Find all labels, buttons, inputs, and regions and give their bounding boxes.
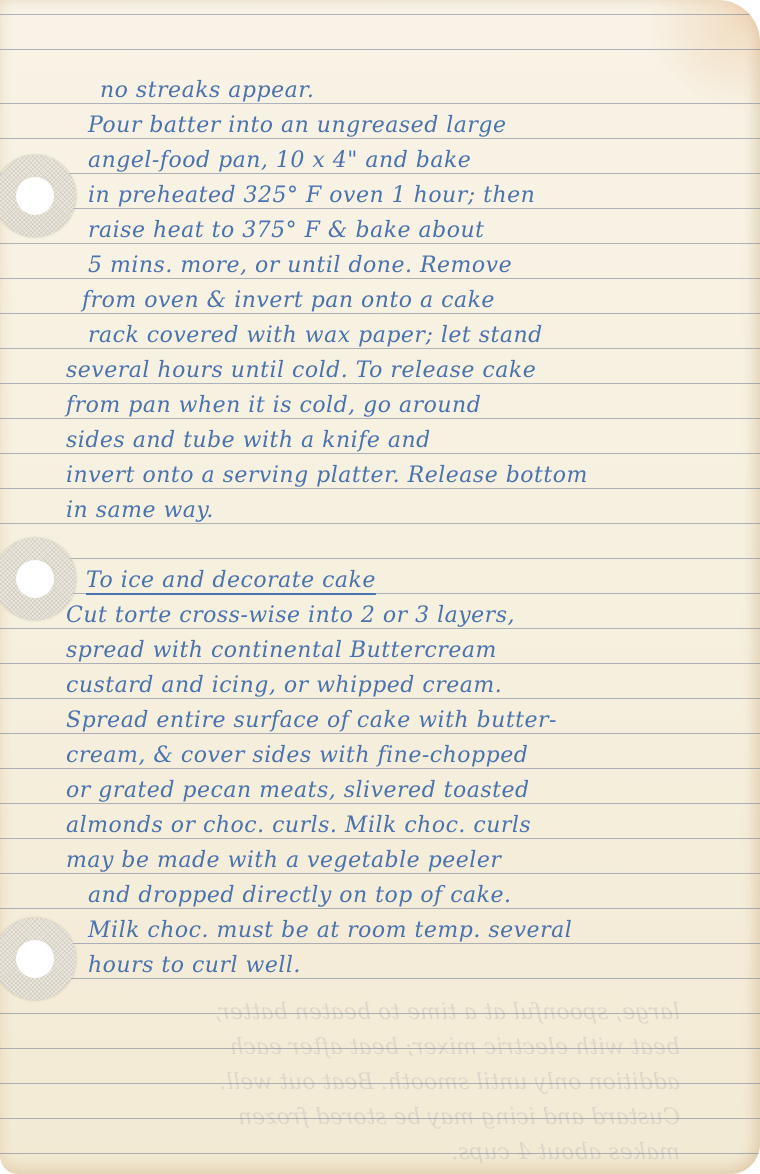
recipe-line: Cut torte cross-wise into 2 or 3 layers, [66,603,515,628]
recipe-line: invert onto a serving platter. Release b… [66,463,588,488]
recipe-line: in same way. [66,498,214,523]
recipe-line: in preheated 325° F oven 1 hour; then [88,183,535,208]
recipe-line: may be made with a vegetable peeler [66,848,501,873]
recipe-line: no streaks appear. [100,78,314,103]
ghost-line: Custard and icing may be stored frozen [238,1105,680,1130]
recipe-line: Spread entire surface of cake with butte… [66,708,557,733]
recipe-line: 5 mins. more, or until done. Remove [88,253,512,278]
section-heading: To ice and decorate cake [86,568,376,593]
recipe-line: cream, & cover sides with fine-chopped [66,743,528,768]
recipe-line: several hours until cold. To release cak… [66,358,536,383]
recipe-line: rack covered with wax paper; let stand [88,323,543,348]
recipe-line: custard and icing, or whipped cream. [66,673,502,698]
recipe-line: hours to curl well. [88,953,301,978]
ghost-line: beat with electric mixer; beat after eac… [229,1035,680,1060]
recipe-line: from pan when it is cold, go around [66,393,481,418]
recipe-line: spread with continental Buttercream [66,638,497,663]
ghost-line: makes about 4 cups. [451,1140,680,1165]
ghost-line: large, spoonful at a time to beaten batt… [215,1000,680,1025]
recipe-line: or grated pecan meats, slivered toasted [66,778,530,803]
recipe-line: and dropped directly on top of cake. [88,883,511,908]
recipe-card: large, spoonful at a time to beaten batt… [0,0,760,1174]
ghost-line: addition only until smooth. Beat out wel… [219,1070,680,1095]
recipe-line: from oven & invert pan onto a cake [82,288,495,313]
recipe-line: Pour batter into an ungreased large [88,113,507,138]
recipe-line: Milk choc. must be at room temp. several [88,918,572,943]
recipe-line: almonds or choc. curls. Milk choc. curls [66,813,531,838]
recipe-line: raise heat to 375° F & bake about [88,218,485,243]
recipe-line: angel-food pan, 10 x 4" and bake [88,148,471,173]
recipe-line: sides and tube with a knife and [66,428,431,453]
